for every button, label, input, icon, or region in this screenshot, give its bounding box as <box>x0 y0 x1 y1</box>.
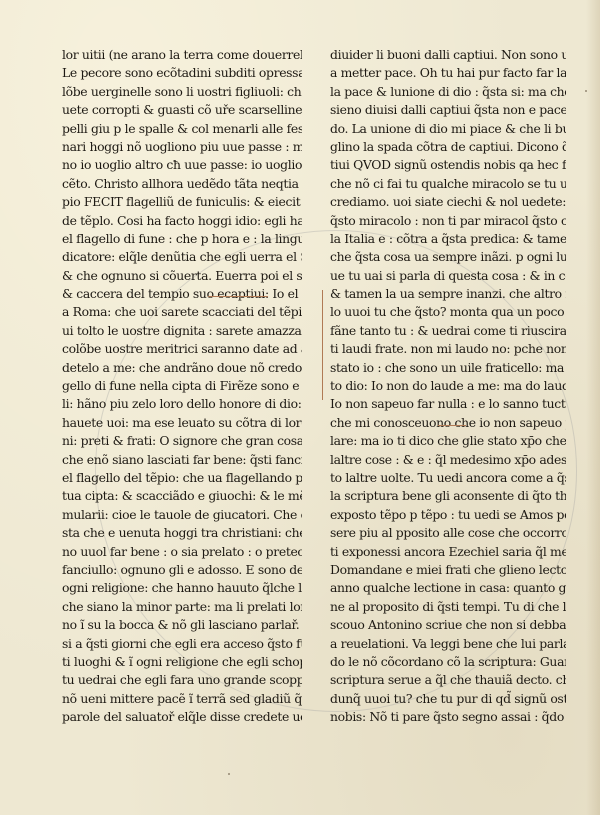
text-line: no ĩ su la bocca & nõ gli lasciano parla… <box>62 616 302 634</box>
text-line: to dio: Io non do laude a me: ma do laud… <box>330 377 566 395</box>
text-line: gello di fune nella cipta di Firẽze sono… <box>62 377 302 395</box>
annotation-margin-bracket <box>322 290 323 400</box>
left-text-column: lor uitii (ne arano la terra come douerr… <box>62 46 302 726</box>
text-line: tiui QVOD signũ ostendis nobis qa hec fa… <box>330 156 566 174</box>
text-line: do le nõ cõcordano cõ la scriptura: Guar… <box>330 653 566 671</box>
text-line: no io uoglio altro cħ uue passe: io uogl… <box>62 156 302 174</box>
text-line: hauete uoi: ma ese leuato su cõtra di lo… <box>62 414 302 432</box>
text-line: glino la spada cõtra de captiui. Dicono … <box>330 138 566 156</box>
text-line: a metter pace. Oh tu hai pur facto far l… <box>330 64 566 82</box>
text-line: do. La unione di dio mi piace & che li b… <box>330 120 566 138</box>
text-line: ui tolto le uostre dignita : sarete amaz… <box>62 322 302 340</box>
text-line: nõ ueni mittere pacẽ ĩ terrã sed gladiũ … <box>62 690 302 708</box>
text-line: tua cipta: & scacciãdo e giuochi: & le m… <box>62 487 302 505</box>
text-line: si a q̃sti giorni che egli era acceso q̃… <box>62 635 302 653</box>
text-line: parole del saluatoř elq̃le disse credete… <box>62 708 302 726</box>
text-line: che q̃sta cosa ua sempre inãzi. p ogni l… <box>330 248 566 266</box>
text-line: pio FECIT flagelliũ de funiculis: & eiec… <box>62 193 302 211</box>
text-line: fãne tanto tu : & uedrai come ti riuscir… <box>330 322 566 340</box>
text-line: mularii: cioe le tauole de giucatori. Ch… <box>62 506 302 524</box>
text-line: ogni religione: che hanno hauuto q̃lche … <box>62 579 302 597</box>
text-line: che nõ ci fai tu qualche miracolo se tu … <box>330 175 566 193</box>
ink-speck <box>228 773 230 775</box>
text-line: ti laudi frate. non mi laudo no: pche no… <box>330 340 566 358</box>
text-line: dicatore: elq̃le denũtia che egli uerra … <box>62 248 302 266</box>
text-line: no uuol far bene : o sia prelato : o pre… <box>62 543 302 561</box>
text-line: ni: preti & frati: O signore che gran co… <box>62 432 302 450</box>
text-line: lare: ma io ti dico che glie stato xp̄o … <box>330 432 566 450</box>
text-line: lor uitii (ne arano la terra come douerr… <box>62 46 302 64</box>
text-line: scriptura serue a q̃l che thauiã decto. … <box>330 671 566 689</box>
text-line: che enõ siano lasciati far bene: q̃sti f… <box>62 451 302 469</box>
text-line: & caccera del tempio suo ecaptiui: Io el… <box>62 285 302 303</box>
text-line: to laltre uolte. Tu uedi ancora come a q… <box>330 469 566 487</box>
text-line: sere piu al pposito alle cose che occorr… <box>330 524 566 542</box>
text-line: el flagello di fune : che p hora e : la … <box>62 230 302 248</box>
text-line: ne al proposito di q̃sti tempi. Tu di ch… <box>330 598 566 616</box>
text-line: a Roma: che uoi sarete scacciati del tẽp… <box>62 303 302 321</box>
text-line: colõbe uostre meritrici saranno date ad … <box>62 340 302 358</box>
text-line: anno qualche lectione in casa: quanto gl… <box>330 579 566 597</box>
text-line: ue tu uai si parla di questa cosa : & in… <box>330 267 566 285</box>
annotation-underline <box>208 296 268 297</box>
text-line: el flagello del tẽpio: che ua flagelland… <box>62 469 302 487</box>
text-line: ti luoghi & ĩ ogni religione che egli sc… <box>62 653 302 671</box>
text-line: lo uuoi tu che q̃sto? monta qua un poco … <box>330 303 566 321</box>
text-line: & che ognuno si cõuerta. Euerra poi el s… <box>62 267 302 285</box>
page-edge-shadow <box>586 0 600 815</box>
text-line: laltre cose : & e : q̃l medesimo xp̄o ad… <box>330 451 566 469</box>
text-line: pelli giu p le spalle & col menarli alle… <box>62 120 302 138</box>
text-line: tu uedrai che egli fara uno grande scopp… <box>62 671 302 689</box>
ink-speck <box>585 90 587 92</box>
text-line: nobis: Nõ ti pare q̃sto segno assai : q̃… <box>330 708 566 726</box>
text-line: diuider li buoni dalli captiui. Non sono… <box>330 46 566 64</box>
text-line: detelo a me: che andrãno doue nõ credono… <box>62 359 302 377</box>
text-line: che siano la minor parte: ma li prelati … <box>62 598 302 616</box>
text-line: ti exponessi ancora Ezechiel saria q̃l m… <box>330 543 566 561</box>
text-line: la pace & lunione di dio : q̃sta si: ma … <box>330 83 566 101</box>
manuscript-page: lor uitii (ne arano la terra come douerr… <box>0 0 600 815</box>
text-line: q̃sto miracolo : non ti par miracol q̃st… <box>330 212 566 230</box>
text-line: Io non sapeuo far nulla : e lo sanno tuc… <box>330 395 566 413</box>
text-line: fanciullo: ognuno gli e adosso. E sono d… <box>62 561 302 579</box>
text-line: la scriptura bene gli aconsente di q̃to … <box>330 487 566 505</box>
text-line: Domandane e miei frati che glieno lecto … <box>330 561 566 579</box>
text-line: sta che e uenuta hoggi tra christiani: c… <box>62 524 302 542</box>
text-line: nari hoggi nõ uogliono piu uue passe : m… <box>62 138 302 156</box>
text-line: lõbe uerginelle sono li uostri figliuoli… <box>62 83 302 101</box>
right-text-column: diuider li buoni dalli captiui. Non sono… <box>330 46 566 726</box>
text-line: a reuelationi. Va leggi bene che lui par… <box>330 635 566 653</box>
annotation-underline <box>438 425 466 426</box>
text-line: scouo Antonino scriue che non si debba c… <box>330 616 566 634</box>
text-line: cẽto. Christo allhora uedẽdo tãta neqtia… <box>62 175 302 193</box>
text-line: li: hãno piu zelo loro dello honore di d… <box>62 395 302 413</box>
text-line: uete corropti & guasti cõ uře scarsellin… <box>62 101 302 119</box>
text-line: dunq̃ uuoi tu? che tu pur di qd̃ signũ o… <box>330 690 566 708</box>
text-line: & tamen la ua sempre inanzi. che altro m… <box>330 285 566 303</box>
text-line: che mi conosceuono che io non sapeuo pur… <box>330 414 566 432</box>
text-line: la Italia e : cõtra a q̃sta predica: & t… <box>330 230 566 248</box>
text-line: Le pecore sono ecõtadini subditi opressa… <box>62 64 302 82</box>
text-line: exposto tẽpo p tẽpo : tu uedi se Amos po… <box>330 506 566 524</box>
text-line: sieno diuisi dalli captiui q̃sta non e p… <box>330 101 566 119</box>
text-line: stato io : che sono un uile fraticello: … <box>330 359 566 377</box>
text-line: crediamo. uoi siate ciechi & nol uedete:… <box>330 193 566 211</box>
text-line: de tẽplo. Cosi ha facto hoggi idio: egli… <box>62 212 302 230</box>
